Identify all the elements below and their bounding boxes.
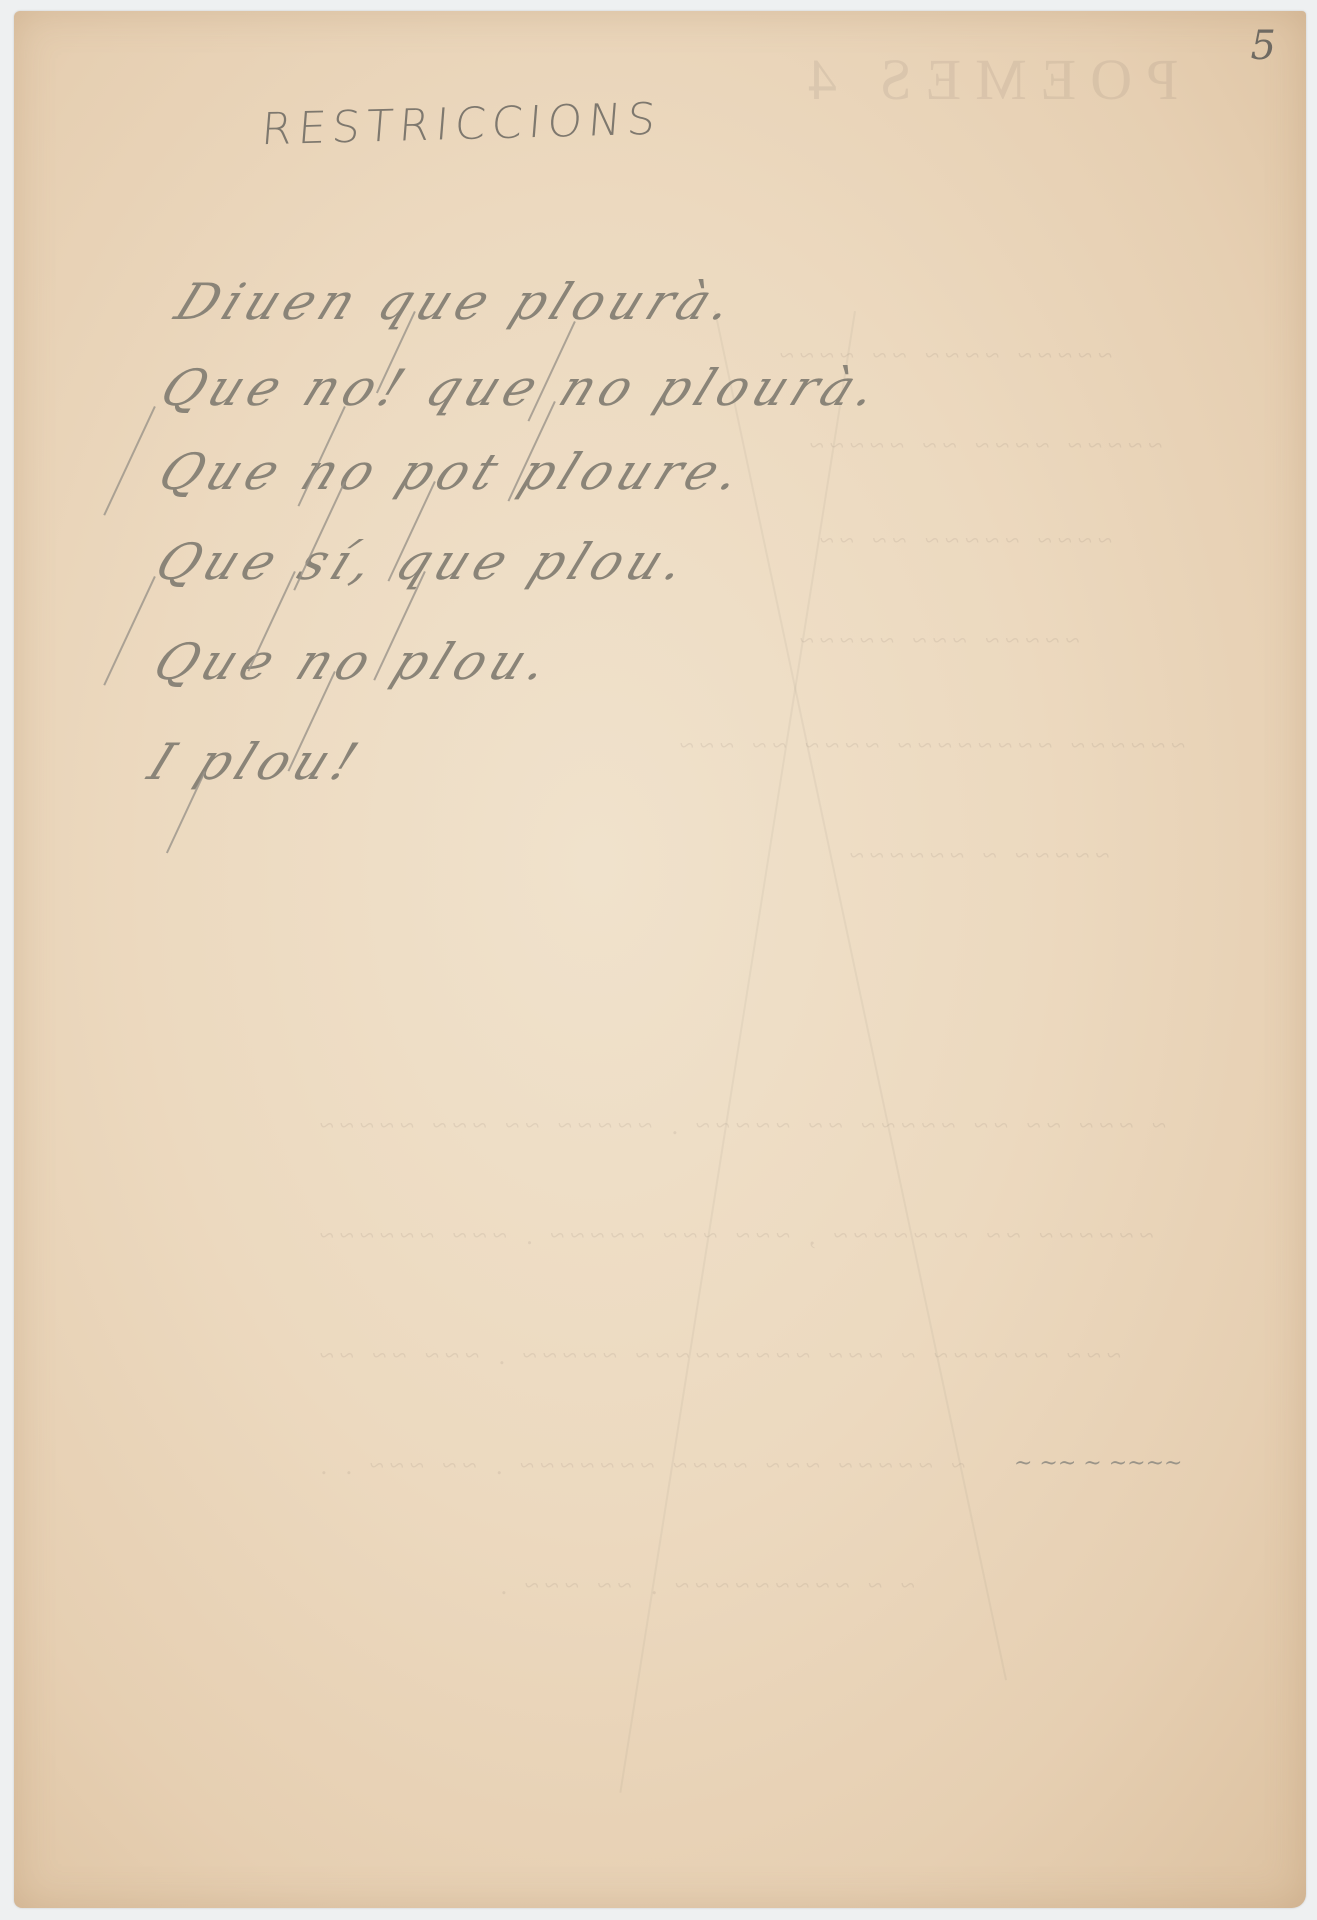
faint-pencil-note: ~ ~~ ~ ~~~~ bbox=[1014, 1451, 1182, 1476]
scanned-page: POEMES 4 ~~~~~ ~~~~ ~~ ~~~~ ~~~~~ ~~~~ ~… bbox=[0, 0, 1317, 1920]
poem-line-1: Diuen que plourà. bbox=[167, 273, 748, 331]
bleed-through-line: ~~~~~~ ~~ ~~~~~~~ , ~~~ ~~~ ~~~~~ . ~~~ … bbox=[314, 1221, 1154, 1251]
bleed-through-stroke bbox=[714, 311, 1007, 1681]
bleed-through-line: ~ ~ ~~~~~~~~~ . ~~ ~~~ . bbox=[494, 1571, 915, 1601]
page-number: 5 bbox=[1251, 23, 1276, 69]
bleed-through-line: ~~~ ~~~~~~ ~ ~~~ ~~~~~~~~~ ~~~~~ . ~~~ ~… bbox=[314, 1341, 1121, 1371]
bleed-through-line: ~~~~ ~~~~~ ~~ ~~ bbox=[814, 526, 1112, 556]
bleed-through-line: ~~~~~~ ~~~~~~~~ ~~~~ ~~ ~~~ bbox=[674, 731, 1186, 761]
bleed-through-line: ~~~~~ ~ ~~~~~~ bbox=[844, 841, 1110, 871]
document-title: RESTRICCIONS bbox=[260, 94, 664, 155]
bleed-through-line: ~~~~~ ~~~~ ~~ ~~~~~ bbox=[804, 431, 1163, 461]
bleed-through-title: POEMES 4 bbox=[794, 46, 1178, 113]
poem-line-2: Que no! que no plourà. bbox=[152, 359, 892, 417]
poem-line-3: Que no pot ploure. bbox=[150, 443, 756, 501]
poem-line-6: I plou! bbox=[140, 733, 371, 791]
bleed-through-line: ~ ~~~ ~~ ~~ ~~~~~ ~~ ~~~~~ . ~~~~~ ~~ ~~… bbox=[314, 1111, 1166, 1141]
poem-line-5: Que no plou. bbox=[145, 633, 564, 691]
bleed-through-line: ~~~~~ ~~~ ~~~~~ bbox=[794, 626, 1080, 656]
pen-stroke bbox=[103, 576, 155, 685]
manuscript-sheet: POEMES 4 ~~~~~ ~~~~ ~~ ~~~~ ~~~~~ ~~~~ ~… bbox=[14, 11, 1306, 1908]
bleed-through-line: ~ ~~~~~ ~~~ ~~~~ ~~~~~~~ . ~~ ~~~ . . bbox=[314, 1451, 966, 1481]
pen-stroke bbox=[103, 406, 155, 515]
poem-line-4: Que sí, que plou. bbox=[147, 533, 700, 591]
